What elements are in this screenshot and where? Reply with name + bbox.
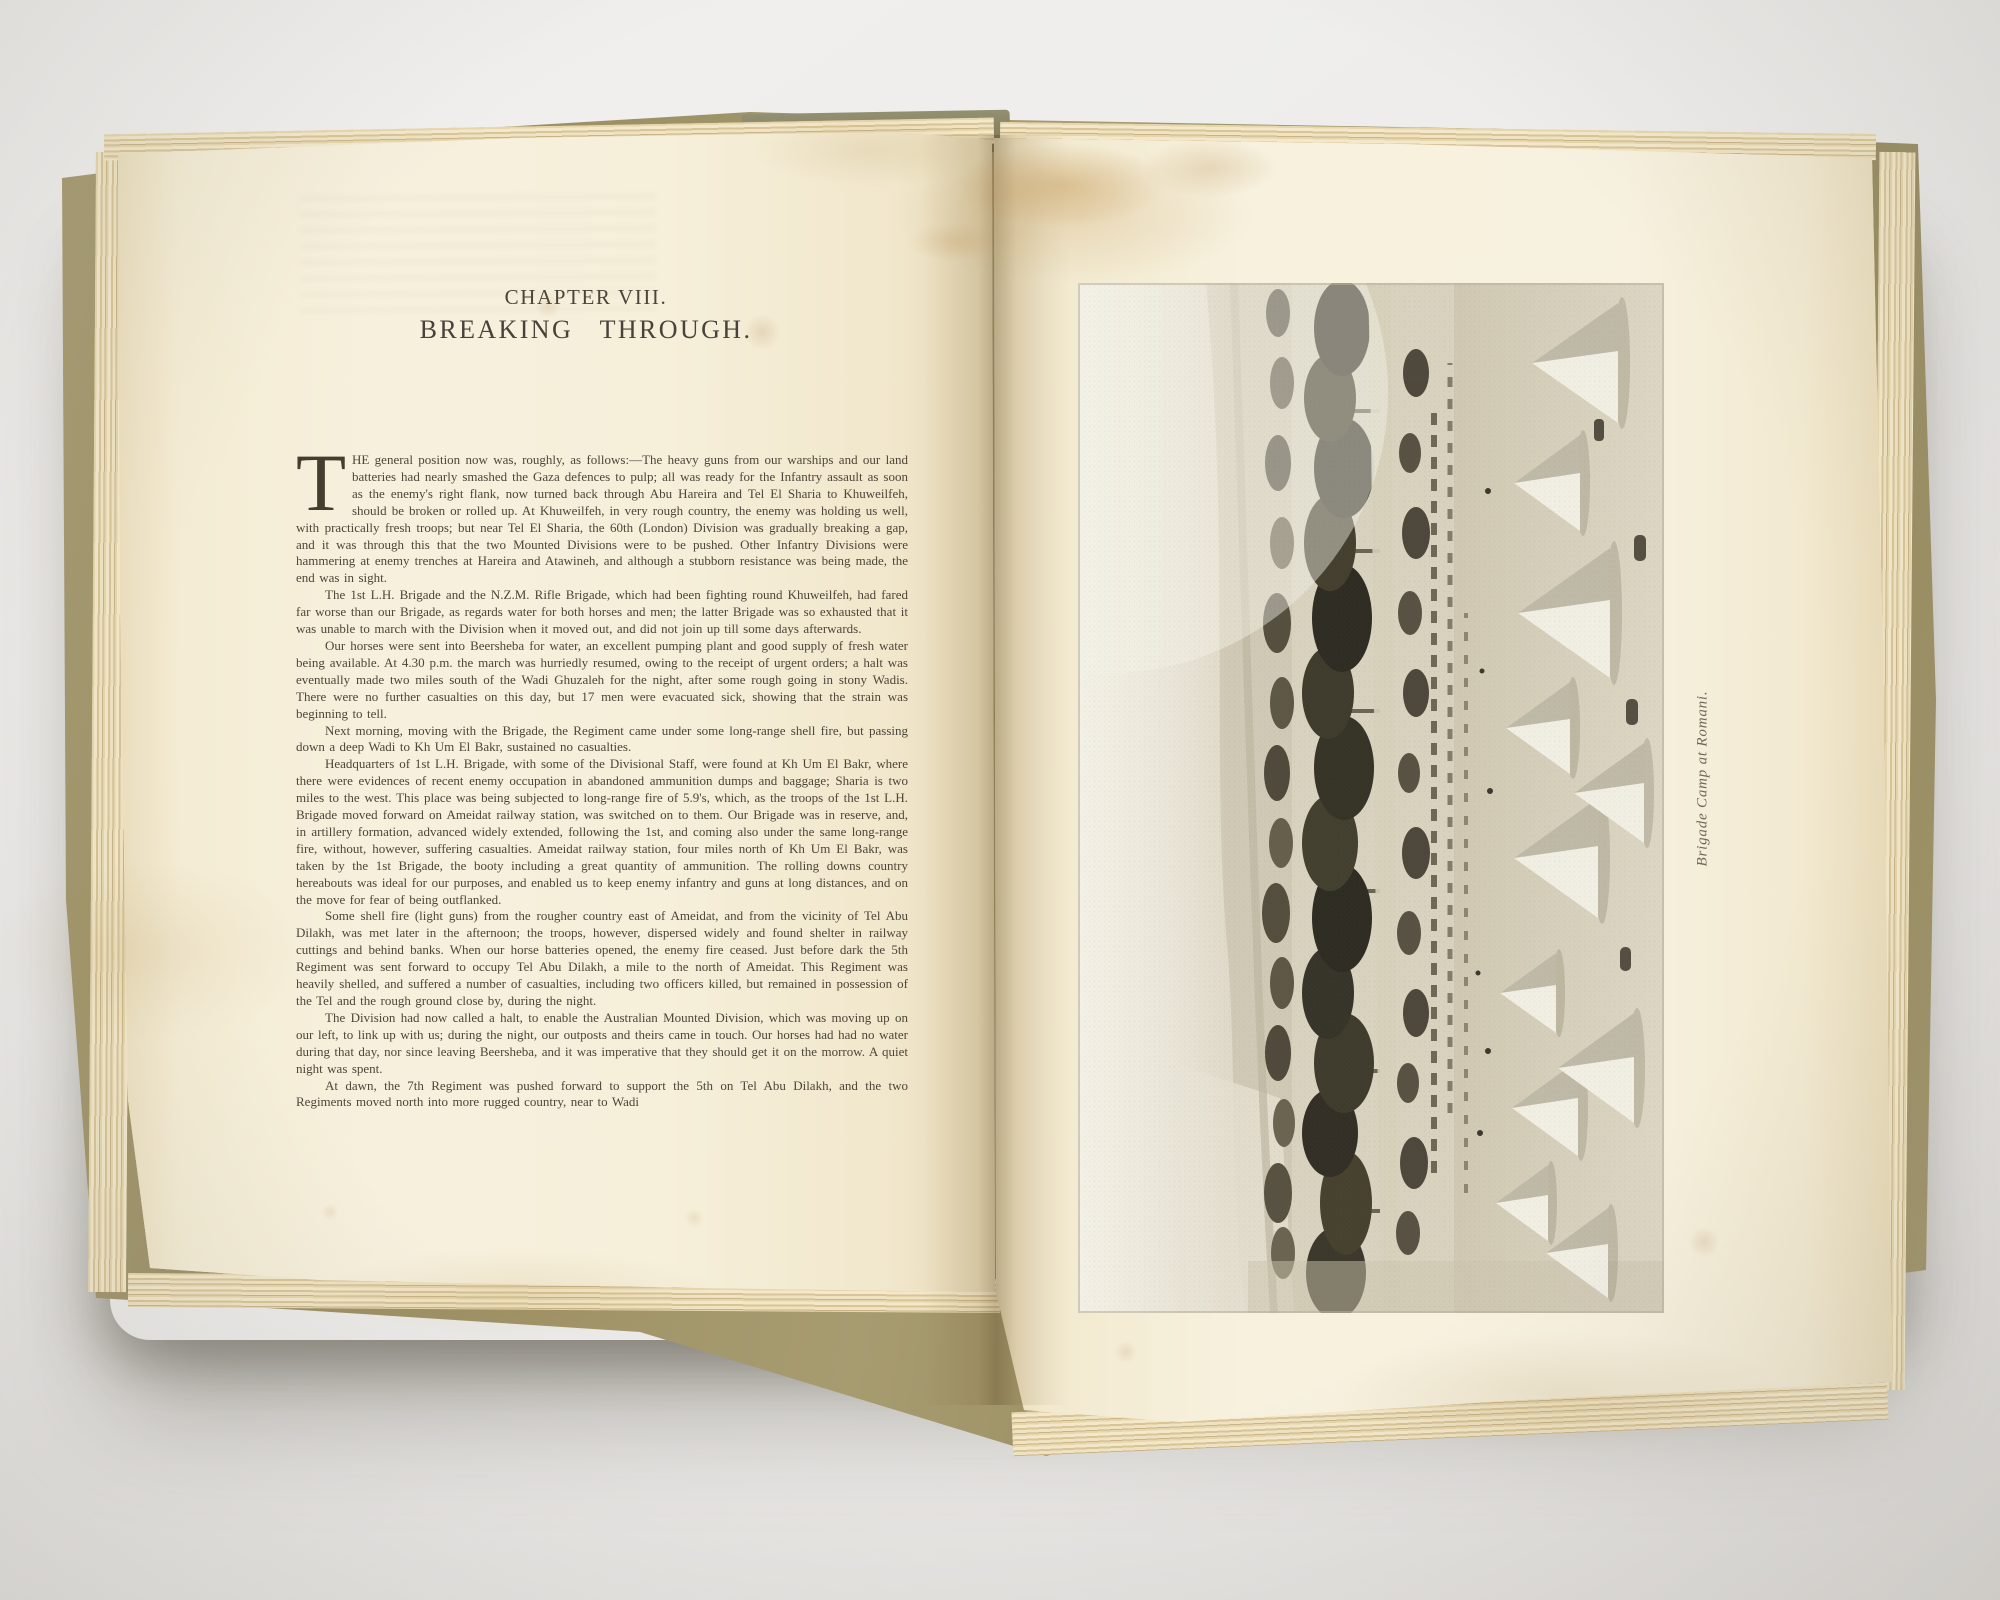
drop-cap: T [296,452,352,518]
plate-photo [1078,283,1664,1313]
paragraph: The 1st L.H. Brigade and the N.Z.M. Rifl… [296,587,908,638]
paragraph: At dawn, the 7th Regiment was pushed for… [296,1078,908,1112]
paragraph-text: HE general position now was, roughly, as… [296,452,908,585]
chapter-heading: CHAPTER VIII. [296,285,876,310]
paragraph: Next morning, moving with the Brigade, t… [296,723,908,757]
chapter-body: THE general position now was, roughly, a… [296,452,908,1111]
camp-photo-illustration [1078,283,1664,1313]
plate-caption: Brigade Camp at Romani. [1695,624,1712,934]
paragraph: Some shell fire (light guns) from the ro… [296,908,908,1009]
paragraph: The Division had now called a halt, to e… [296,1010,908,1078]
paragraph: Our horses were sent into Beersheba for … [296,638,908,723]
chapter-title: BREAKING THROUGH. [296,315,876,345]
paragraph: Headquarters of 1st L.H. Brigade, with s… [296,756,908,908]
paragraph: THE general position now was, roughly, a… [296,452,908,587]
photograph-of-open-book: CHAPTER VIII. BREAKING THROUGH. THE gene… [0,0,2000,1600]
